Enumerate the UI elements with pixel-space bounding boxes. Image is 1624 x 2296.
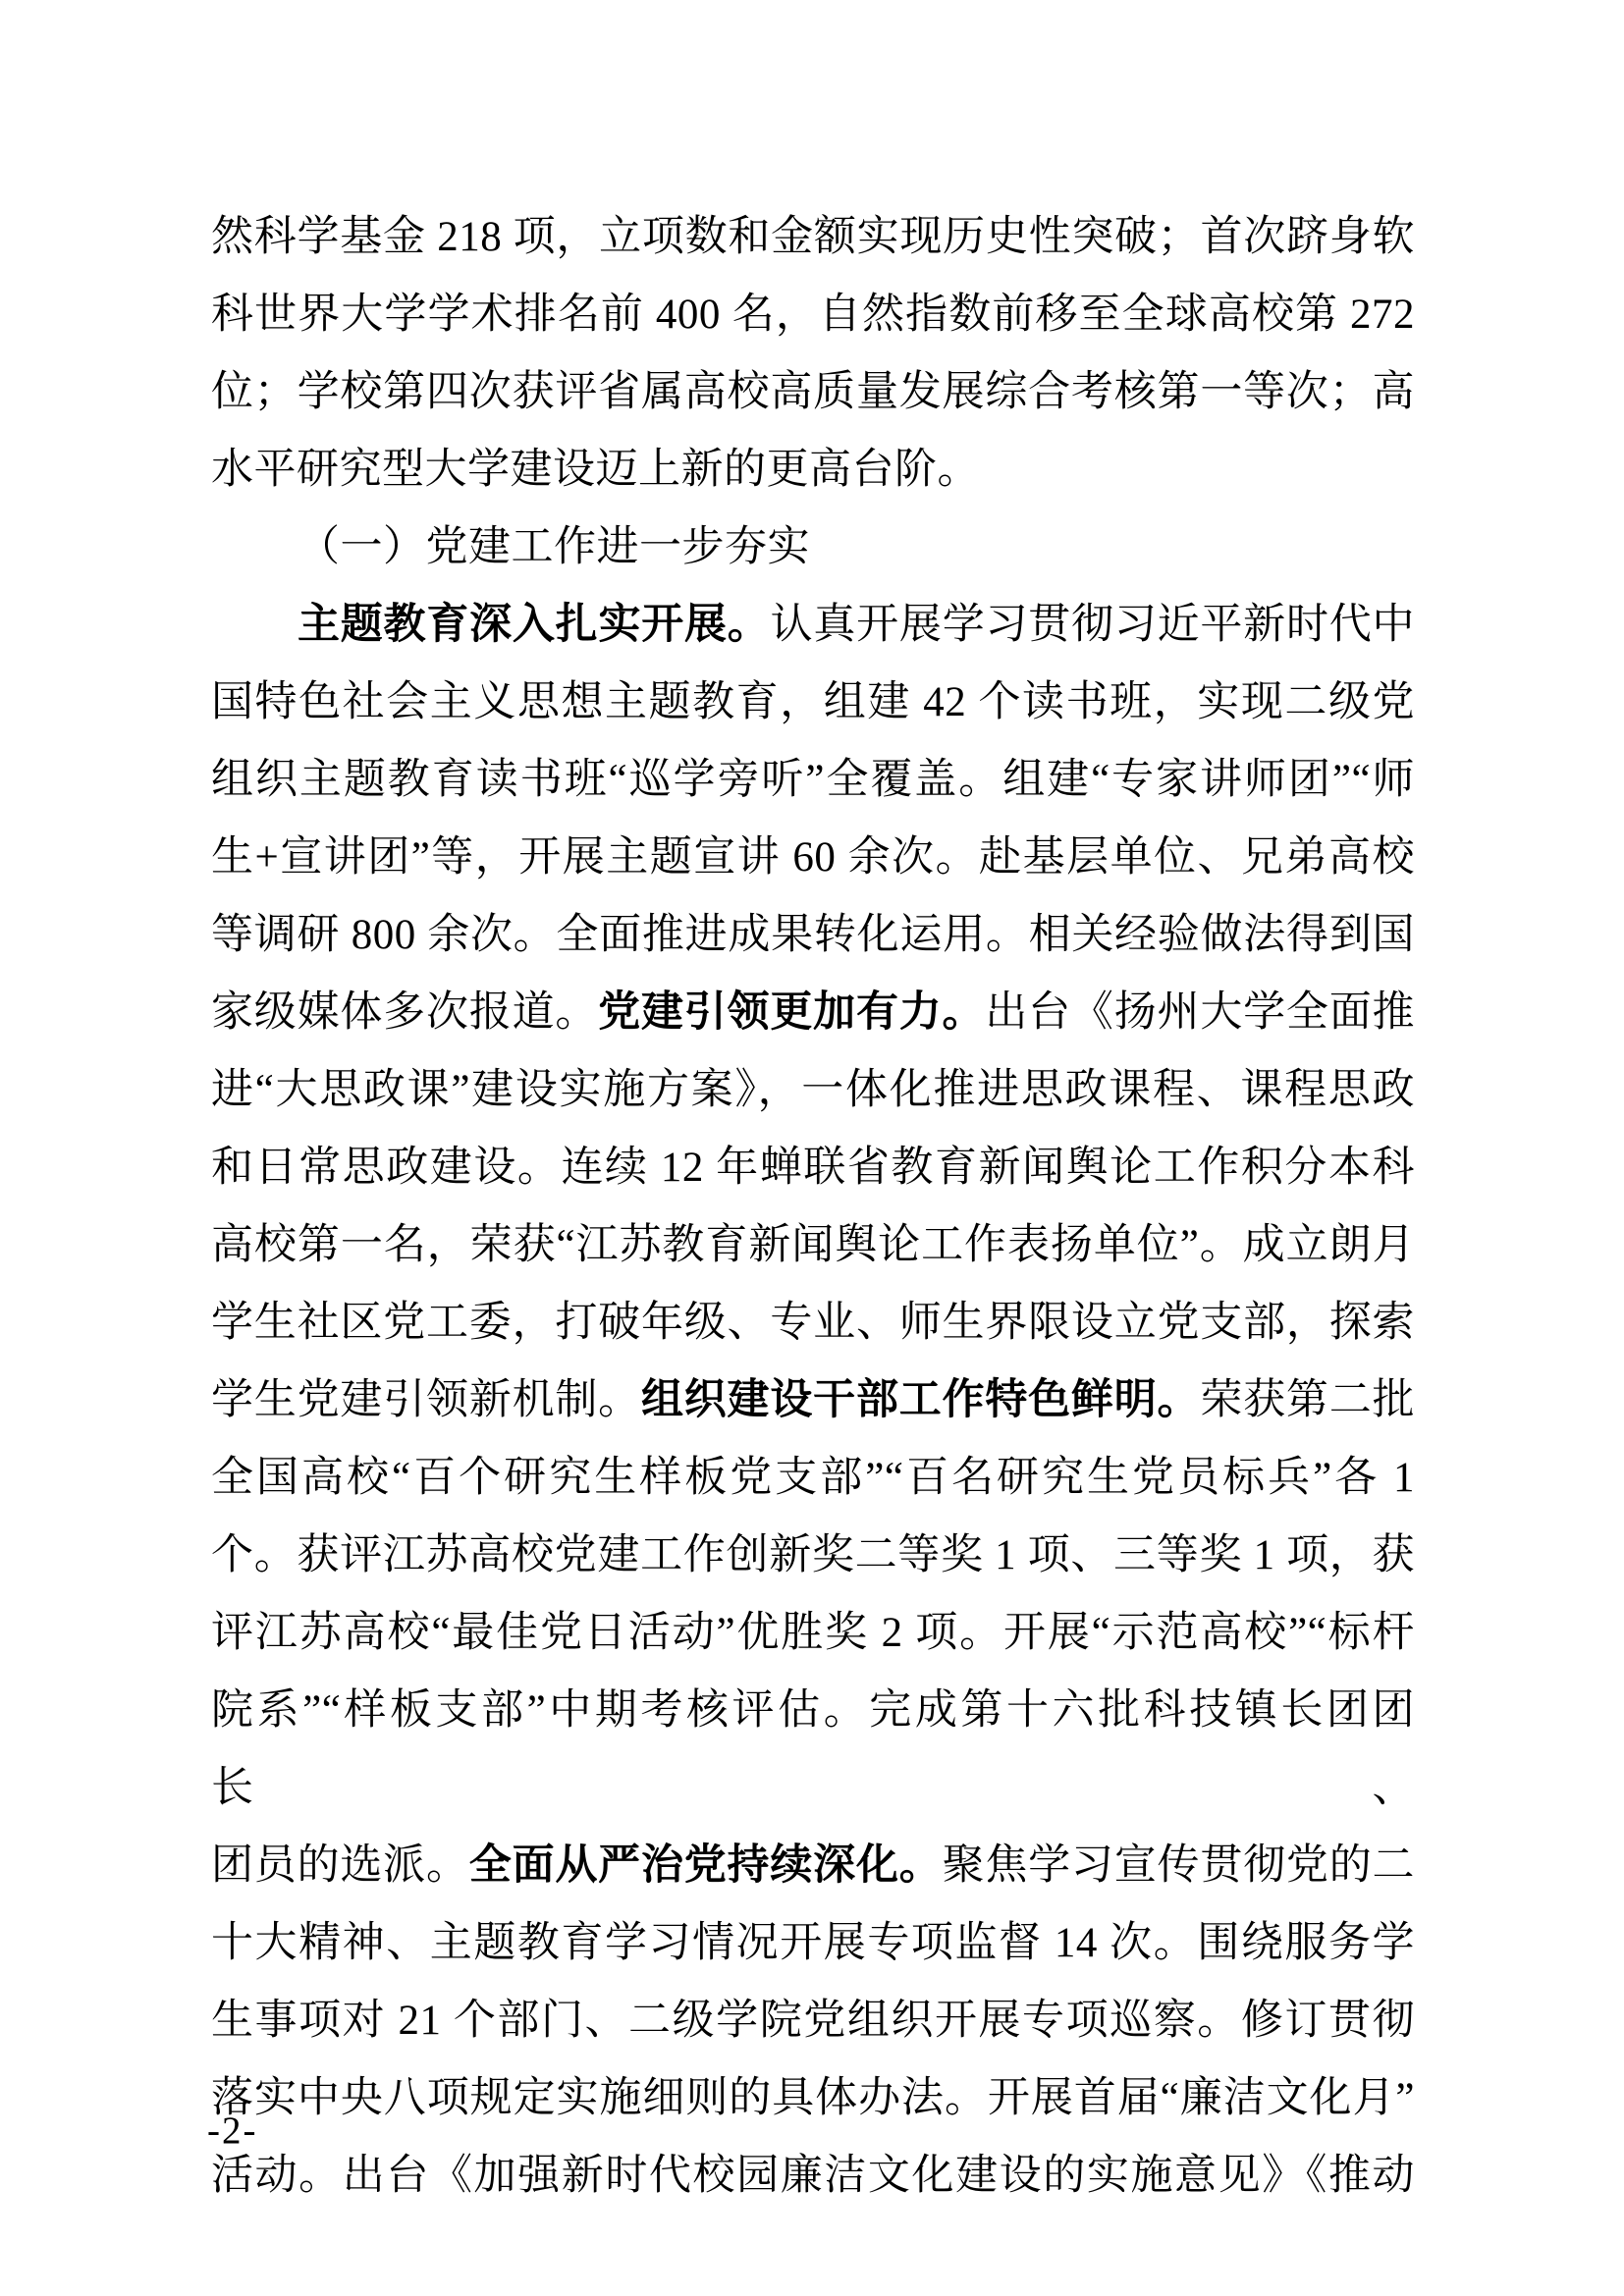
text-line: 学生党建引领新机制。组织建设干部工作特色鲜明。荣获第二批 (211, 1362, 1415, 1439)
text-run: 荣获第二批 (1200, 1377, 1415, 1423)
text-line: 等调研 800 余次。全面推进成果转化运用。相关经验做法得到国 (211, 896, 1415, 974)
text-run: 家级媒体多次报道。 (211, 989, 598, 1036)
text-run: 国特色社会主义思想主题教育，组建 42 个读书班，实现二级党 (211, 679, 1415, 725)
text-line: 组织主题教育读书班“巡学旁听”全覆盖。组建“专家讲师团”“师 (211, 741, 1415, 819)
text-line: 然科学基金 218 项，立项数和金额实现历史性突破；首次跻身软 (211, 198, 1415, 276)
text-run: 进“大思政课”建设实施方案》，一体化推进思政课程、课程思政 (211, 1067, 1415, 1113)
text-line: 主题教育深入扎实开展。认真开展学习贯彻习近平新时代中 (211, 586, 1415, 664)
text-run: 出台《扬州大学全面推 (985, 989, 1415, 1036)
text-line: 评江苏高校“最佳党日活动”优胜奖 2 项。开展“示范高校”“标杆 (211, 1594, 1415, 1672)
text-line: 团员的选派。全面从严治党持续深化。聚焦学习宣传贯彻党的二 (211, 1827, 1415, 1904)
text-run: 学生党建引领新机制。 (211, 1377, 641, 1423)
text-run: 个。获评江苏高校党建工作创新奖二等奖 1 项、三等奖 1 项，获 (211, 1532, 1415, 1578)
page-number: -2- (207, 2108, 257, 2155)
emphasis-run: 党建引领更加有力。 (598, 989, 985, 1036)
text-run: 生事项对 21 个部门、二级学院党组织开展专项巡察。修订贯彻 (211, 1998, 1415, 2044)
text-run: 学生社区党工委，打破年级、专业、师生界限设立党支部，探索 (211, 1300, 1415, 1346)
text-run: 院系”“样板支部”中期考核评估。完成第十六批科技镇长团团长、 (211, 1687, 1415, 1811)
text-run: 生+宣讲团”等，开展主题宣讲 60 余次。赴基层单位、兄弟高校 (211, 834, 1415, 881)
text-line: 进“大思政课”建设实施方案》，一体化推进思政课程、课程思政 (211, 1051, 1415, 1129)
document-page: 然科学基金 218 项，立项数和金额实现历史性突破；首次跻身软科世界大学学术排名… (0, 0, 1624, 2296)
text-line: 高校第一名，荣获“江苏教育新闻舆论工作表扬单位”。成立朗月 (211, 1206, 1415, 1284)
text-line: 科世界大学学术排名前 400 名，自然指数前移至全球高校第 272 (211, 276, 1415, 353)
text-line: 全国高校“百个研究生样板党支部”“百名研究生党员标兵”各 1 (211, 1439, 1415, 1517)
section-heading: （一）党建工作进一步夯实 (211, 508, 1415, 586)
text-run: 团员的选派。 (211, 1842, 469, 1889)
text-run: 位；学校第四次获评省属高校高质量发展综合考核第一等次；高 (211, 369, 1415, 415)
text-run: 落实中央八项规定实施细则的具体办法。开展首届“廉洁文化月” (211, 2075, 1415, 2121)
text-run: 活动。出台《加强新时代校园廉洁文化建设的实施意见》《推动 (211, 2153, 1415, 2199)
text-run: 十大精神、主题教育学习情况开展专项监督 14 次。围绕服务学 (211, 1920, 1415, 1966)
text-run: 认真开展学习贯彻习近平新时代中 (771, 602, 1415, 648)
emphasis-run: 主题教育深入扎实开展。 (298, 602, 771, 648)
text-line: 生事项对 21 个部门、二级学院党组织开展专项巡察。修订贯彻 (211, 1982, 1415, 2059)
emphasis-run: 全面从严治党持续深化。 (469, 1842, 943, 1889)
text-line: 生+宣讲团”等，开展主题宣讲 60 余次。赴基层单位、兄弟高校 (211, 819, 1415, 896)
text-run: （一）党建工作进一步夯实 (298, 524, 810, 570)
text-line: 位；学校第四次获评省属高校高质量发展综合考核第一等次；高 (211, 353, 1415, 431)
text-line: 水平研究型大学建设迈上新的更高台阶。 (211, 431, 1415, 508)
text-line: 落实中央八项规定实施细则的具体办法。开展首届“廉洁文化月” (211, 2059, 1415, 2137)
text-run: 评江苏高校“最佳党日活动”优胜奖 2 项。开展“示范高校”“标杆 (211, 1610, 1415, 1656)
text-line: 院系”“样板支部”中期考核评估。完成第十六批科技镇长团团长、 (211, 1672, 1415, 1827)
text-line: 十大精神、主题教育学习情况开展专项监督 14 次。围绕服务学 (211, 1904, 1415, 1982)
text-run: 和日常思政建设。连续 12 年蝉联省教育新闻舆论工作积分本科 (211, 1145, 1415, 1191)
text-run: 科世界大学学术排名前 400 名，自然指数前移至全球高校第 272 (211, 292, 1415, 338)
text-run: 全国高校“百个研究生样板党支部”“百名研究生党员标兵”各 1 (211, 1455, 1415, 1501)
text-run: 水平研究型大学建设迈上新的更高台阶。 (211, 447, 980, 493)
text-line: 活动。出台《加强新时代校园廉洁文化建设的实施意见》《推动 (211, 2137, 1415, 2215)
text-line: 学生社区党工委，打破年级、专业、师生界限设立党支部，探索 (211, 1284, 1415, 1362)
text-line: 国特色社会主义思想主题教育，组建 42 个读书班，实现二级党 (211, 664, 1415, 741)
emphasis-run: 组织建设干部工作特色鲜明。 (641, 1377, 1200, 1423)
text-block: 然科学基金 218 项，立项数和金额实现历史性突破；首次跻身软科世界大学学术排名… (211, 198, 1415, 2215)
text-run: 聚焦学习宣传贯彻党的二 (943, 1842, 1415, 1889)
text-line: 个。获评江苏高校党建工作创新奖二等奖 1 项、三等奖 1 项，获 (211, 1517, 1415, 1594)
text-run: 高校第一名，荣获“江苏教育新闻舆论工作表扬单位”。成立朗月 (211, 1222, 1415, 1268)
text-run: 组织主题教育读书班“巡学旁听”全覆盖。组建“专家讲师团”“师 (211, 757, 1415, 803)
text-line: 家级媒体多次报道。党建引领更加有力。出台《扬州大学全面推 (211, 974, 1415, 1051)
text-run: 等调研 800 余次。全面推进成果转化运用。相关经验做法得到国 (211, 912, 1415, 958)
text-run: 然科学基金 218 项，立项数和金额实现历史性突破；首次跻身软 (211, 214, 1415, 260)
text-line: 和日常思政建设。连续 12 年蝉联省教育新闻舆论工作积分本科 (211, 1129, 1415, 1206)
